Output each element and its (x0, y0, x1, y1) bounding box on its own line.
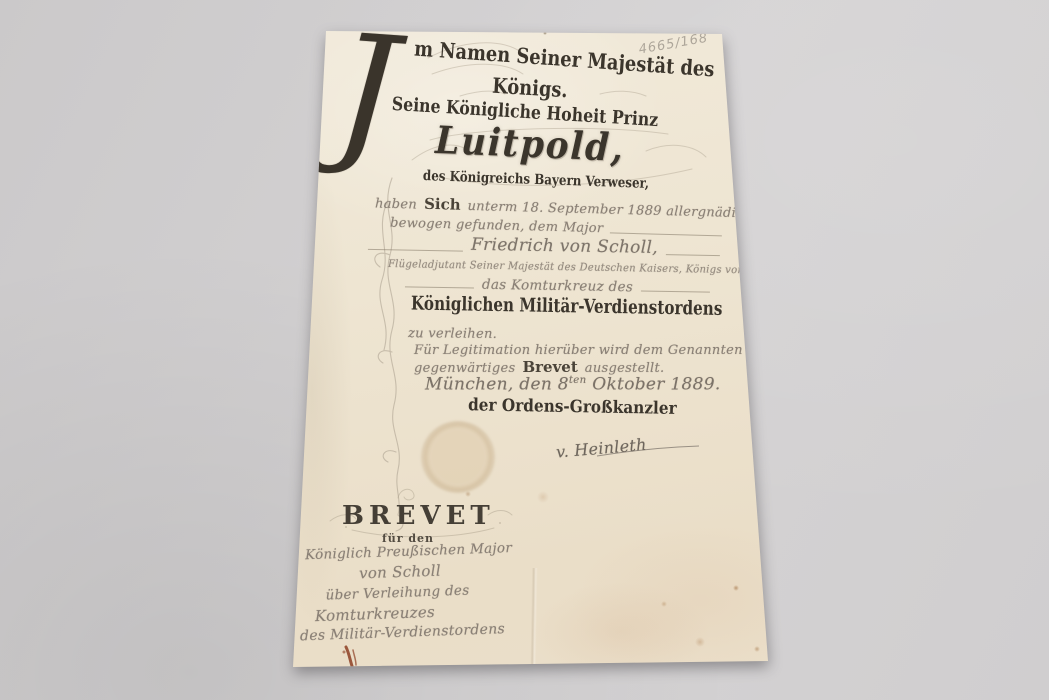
brevet-line-1: Königlich Preußischen Major (305, 542, 490, 563)
grant-line-1-pre: haben (375, 196, 417, 212)
chancellor-title: der Ordens-Großkanzler (468, 397, 666, 418)
paper-shadow: 4665/168 J m Namen Seiner Majestät des K… (0, 0, 1049, 700)
ruled-line (368, 247, 463, 252)
embossed-seal (421, 421, 495, 493)
legitimation-line-1: Für Legitimation hierüber wird dem Genan… (414, 344, 724, 358)
ornamental-initial-j: J (331, 14, 402, 170)
place-date-sup: ten (569, 375, 587, 386)
order-name: Königlichen Militär-Verdienstordens (411, 294, 699, 319)
fold-crease (530, 568, 538, 666)
brevet-line-4: Komturkreuzes (295, 604, 455, 625)
document-paper: 4665/168 J m Namen Seiner Majestät des K… (0, 0, 1049, 700)
legitimation-line-2: gegenwärtigesBrevetausgestellt. (414, 360, 694, 376)
brevet-title: BREVET (342, 501, 494, 531)
place-date-post: Oktober 1889. (592, 375, 720, 395)
place-date-pre: München, den 8 (425, 375, 569, 395)
ruled-line (666, 252, 720, 256)
prince-name: Luitpold, (394, 118, 665, 170)
brevet-line-3: über Verleihung des (320, 583, 475, 603)
place-date-line: München, den 8ten Oktober 1889. (425, 376, 715, 395)
chancellor-signature: v. Heinleth (556, 433, 687, 461)
legitimation-emph: Brevet (522, 358, 577, 376)
photo-background: 4665/168 J m Namen Seiner Majestät des K… (0, 0, 1049, 700)
ruled-line (405, 285, 474, 289)
red-ink-smudge (343, 647, 357, 666)
recipient-line: Friedrich von Scholl, (368, 235, 720, 259)
award-text: das Komturkreuz des (482, 278, 633, 295)
brevet-line-2: von Scholl (330, 563, 470, 584)
grant-line-2-text: bewogen gefunden, dem Major (390, 217, 604, 236)
recipient-title: Flügeladjutant Seiner Majestät des Deuts… (388, 259, 734, 276)
verb-line: zu verleihen. (408, 327, 608, 342)
recipient-name: Friedrich von Scholl, (471, 237, 658, 258)
ruled-line (610, 230, 722, 236)
brevet-line-5: des Militär-Verdienstordens (300, 623, 490, 644)
header-line-4: des Königreichs Bayern Verweser, (408, 169, 663, 193)
grant-line-1-emph: Sich (424, 195, 461, 214)
ruled-line (641, 289, 710, 293)
